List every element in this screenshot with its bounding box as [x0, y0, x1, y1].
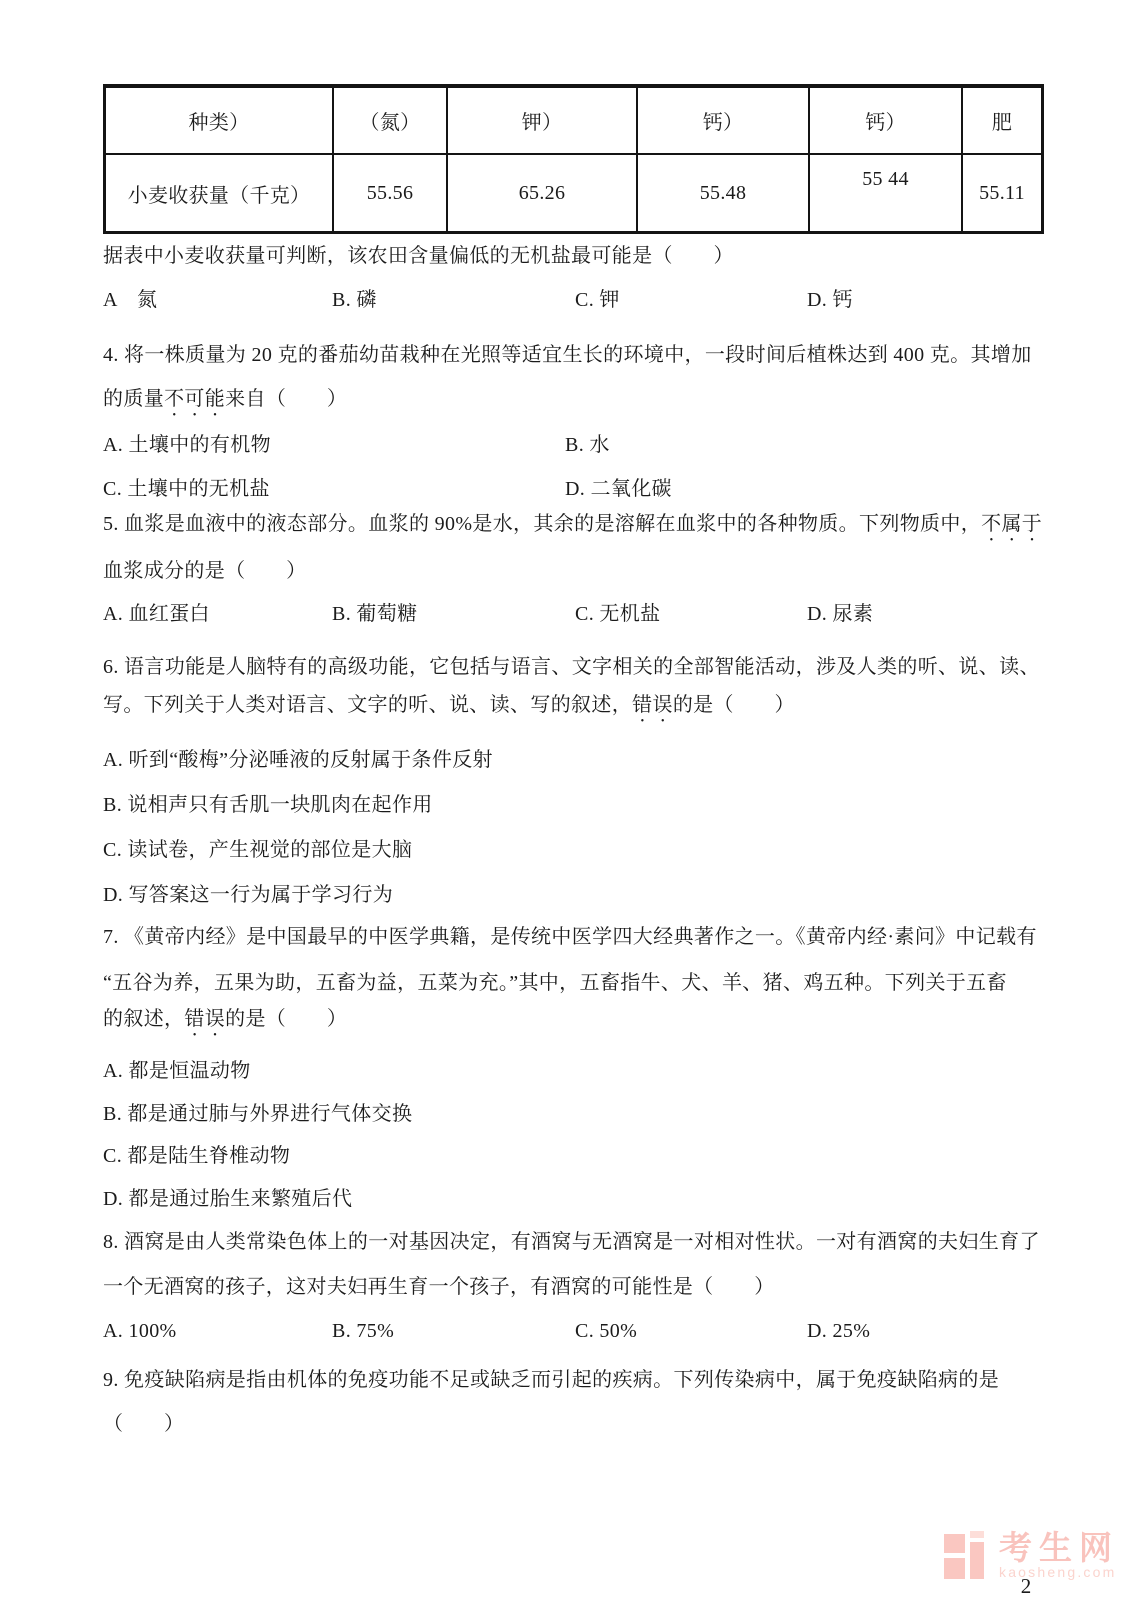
q6-stem-line2-pre: 写。下列关于人类对语言、文字的听、说、读、写的叙述，	[103, 694, 632, 716]
table-header-cell: 钙）	[809, 86, 962, 154]
q5-option-b: B. 葡萄糖	[332, 601, 417, 627]
table-data-cell: 55 44	[809, 154, 962, 233]
q6-option-c: C. 读试卷，产生视觉的部位是大脑	[103, 837, 412, 863]
q4-emphasis-text: 不可能	[164, 388, 225, 410]
q8-option-d: D. 25%	[807, 1318, 870, 1344]
q7-stem-line3: 的叙述，错误的是（ ）	[103, 1006, 347, 1041]
q6-option-a: A. 听到“酸梅”分泌唾液的反射属于条件反射	[103, 747, 493, 773]
q8-option-a: A. 100%	[103, 1318, 177, 1344]
q5-option-d: D. 尿素	[807, 601, 873, 627]
table-data-cell: 55.11	[962, 154, 1043, 233]
q4-stem-line2-post: 来自（ ）	[225, 388, 347, 410]
q6-stem-line1: 6. 语言功能是人脑特有的高级功能，它包括与语言、文字相关的全部智能活动，涉及人…	[103, 654, 1040, 680]
q7-stem-line3-post: 的是（ ）	[225, 1008, 347, 1030]
q5-option-c: C. 无机盐	[575, 601, 660, 627]
q7-stem-line2: “五谷为养，五果为助，五畜为益，五菜为充。”其中，五畜指牛、犬、羊、猪、鸡五种。…	[103, 970, 1007, 996]
table-data-cell: 55.48	[637, 154, 809, 233]
q4-option-c: C. 土壤中的无机盐	[103, 476, 270, 502]
q7-stem-line3-pre: 的叙述，	[103, 1008, 184, 1030]
q7-option-a: A. 都是恒温动物	[103, 1058, 251, 1084]
q3-option-d: D. 钙	[807, 287, 853, 313]
q5-option-a: A. 血红蛋白	[103, 601, 210, 627]
q8-option-c: C. 50%	[575, 1318, 637, 1344]
q7-stem-line1: 7. 《黄帝内经》是中国最早的中医学典籍，是传统中医学四大经典著作之一。《黄帝内…	[103, 924, 1037, 950]
table-header-cell: 钾）	[447, 86, 637, 154]
q4-option-b: B. 水	[565, 432, 610, 458]
q6-option-b: B. 说相声只有舌肌一块肌肉在起作用	[103, 792, 433, 818]
q5-stem-line2: 血浆成分的是（ ）	[103, 558, 307, 584]
q5-stem-line1-pre: 5. 血浆是血液中的液态部分。血浆的 90%是水，其余的是溶解在血浆中的各种物质…	[103, 513, 981, 535]
q7-option-b: B. 都是通过肺与外界进行气体交换	[103, 1101, 412, 1127]
q3-stem: 据表中小麦收获量可判断，该农田含量偏低的无机盐最可能是（ ）	[103, 243, 734, 269]
q6-stem-line2: 写。下列关于人类对语言、文字的听、说、读、写的叙述，错误的是（ ）	[103, 692, 795, 727]
q7-option-c: C. 都是陆生脊椎动物	[103, 1143, 290, 1169]
q8-stem-line2: 一个无酒窝的孩子，这对夫妇再生育一个孩子，有酒窝的可能性是（ ）	[103, 1274, 775, 1300]
exam-page: 种类） （氮） 钾） 钙） 钙） 肥 小麦收获量（千克） 55.56 65.26…	[0, 0, 1131, 1600]
watermark-cn-label: 考生网	[999, 1531, 1119, 1564]
q4-stem-line1: 4. 将一株质量为 20 克的番茄幼苗栽种在光照等适宜生长的环境中，一段时间后植…	[103, 342, 1032, 368]
q8-stem-line1: 8. 酒窝是由人类常染色体上的一对基因决定，有酒窝与无酒窝是一对相对性状。一对有…	[103, 1229, 1040, 1255]
table-header-row: 种类） （氮） 钾） 钙） 钙） 肥	[105, 86, 1043, 154]
q4-stem-line2: 的质量不可能来自（ ）	[103, 386, 347, 421]
table-data-cell: 65.26	[447, 154, 637, 233]
q7-option-d: D. 都是通过胎生来繁殖后代	[103, 1186, 352, 1212]
q9-stem-line1: 9. 免疫缺陷病是指由机体的免疫功能不足或缺乏而引起的疾病。下列传染病中，属于免…	[103, 1367, 999, 1393]
wheat-harvest-table: 种类） （氮） 钾） 钙） 钙） 肥 小麦收获量（千克） 55.56 65.26…	[103, 84, 1044, 234]
kaosheng-logo-icon	[944, 1531, 990, 1581]
table-header-cell: （氮）	[333, 86, 447, 154]
q7-emphasis-text: 错误	[184, 1008, 225, 1030]
table-data-row: 小麦收获量（千克） 55.56 65.26 55.48 55 44 55.11	[105, 154, 1043, 233]
q4-option-a: A. 土壤中的有机物	[103, 432, 271, 458]
table-data-cell-raised-value: 55 44	[862, 168, 909, 191]
q5-stem-line1: 5. 血浆是血液中的液态部分。血浆的 90%是水，其余的是溶解在血浆中的各种物质…	[103, 511, 1042, 546]
table-header-cell: 钙）	[637, 86, 809, 154]
q5-emphasis-text: 不属于	[981, 513, 1042, 535]
table-header-cell: 肥	[962, 86, 1043, 154]
q6-stem-line2-post: 的是（ ）	[673, 694, 795, 716]
table-header-cell: 种类）	[105, 86, 334, 154]
q4-stem-line2-pre: 的质量	[103, 388, 164, 410]
watermark-text: 考生网 kaosheng.com	[999, 1531, 1119, 1580]
q3-option-c: C. 钾	[575, 287, 620, 313]
table-data-cell: 55.56	[333, 154, 447, 233]
q4-option-d: D. 二氧化碳	[565, 476, 672, 502]
q9-stem-line2: （ ）	[103, 1411, 184, 1437]
q6-option-d: D. 写答案这一行为属于学习行为	[103, 882, 393, 908]
q3-option-b: B. 磷	[332, 287, 377, 313]
q6-emphasis-text: 错误	[632, 694, 673, 716]
table-data-cell: 小麦收获量（千克）	[105, 154, 334, 233]
page-number: 2	[1006, 1574, 1046, 1599]
q3-option-a: A 氮	[103, 287, 157, 313]
q8-option-b: B. 75%	[332, 1318, 394, 1344]
